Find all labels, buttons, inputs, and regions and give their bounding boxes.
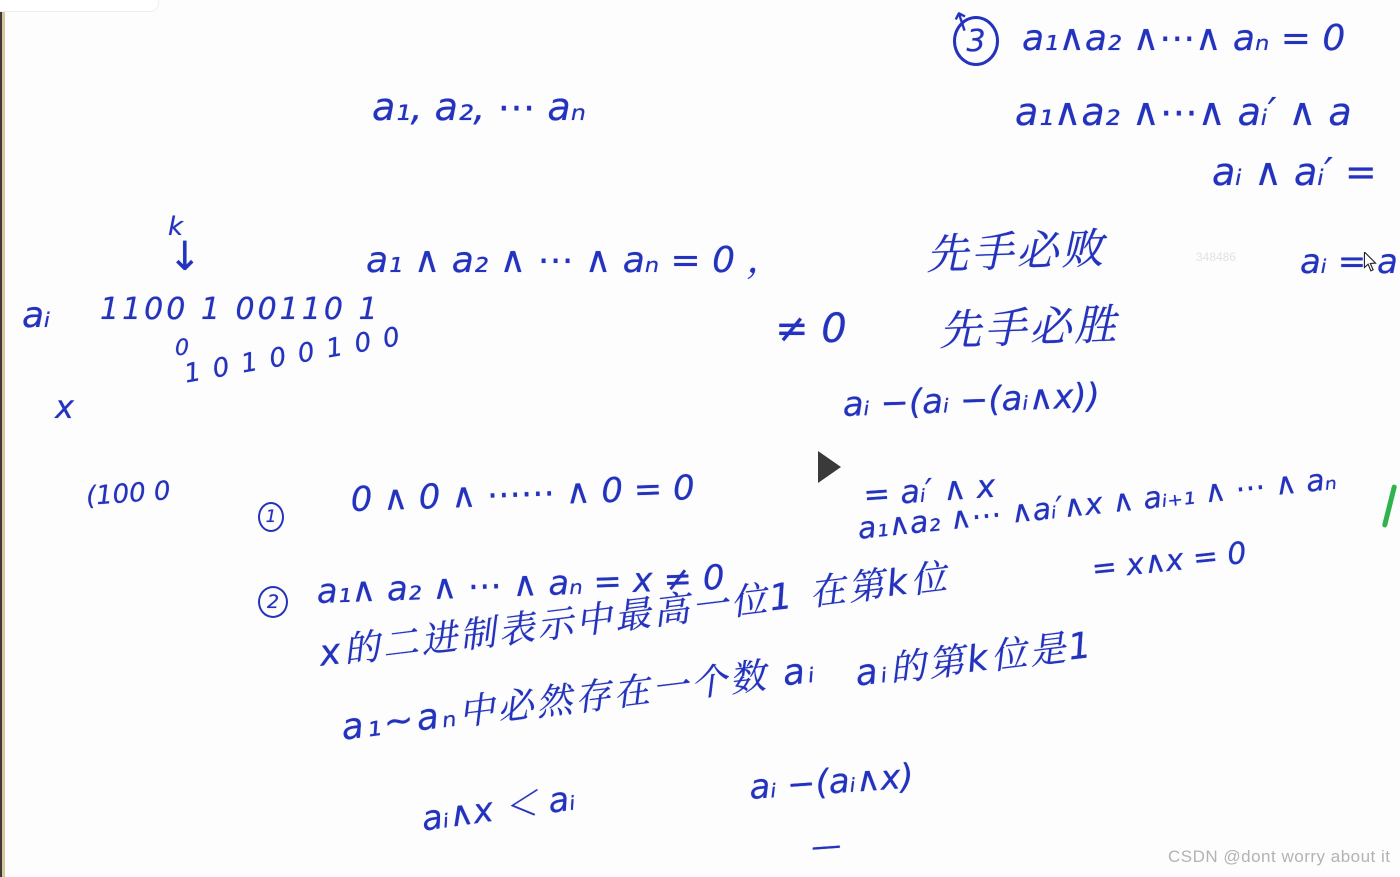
less-than-line: aᵢ∧x ＜ aᵢ bbox=[418, 771, 578, 841]
problem-3-badge: 3 bbox=[953, 16, 999, 66]
kth-bit-line: aᵢ的第k位是1 bbox=[852, 617, 1097, 697]
case-1-line: 0 ∧ 0 ∧ ⋯⋯ ∧ 0 = 0 bbox=[350, 468, 695, 520]
case-1-badge: 1 bbox=[258, 502, 284, 532]
tr-line3: aᵢ ∧ aᵢ′ = bbox=[1212, 150, 1377, 194]
tr-line2: a₁∧a₂ ∧⋯∧ aᵢ′ ∧ a bbox=[1015, 90, 1352, 134]
play-icon bbox=[818, 451, 841, 483]
faint-id-text: 348486 bbox=[1196, 250, 1236, 264]
play-button[interactable] bbox=[818, 451, 844, 485]
problem-3-number: 3 bbox=[966, 24, 985, 59]
ai-label: aᵢ bbox=[22, 295, 51, 336]
case-2-number: 2 bbox=[267, 591, 279, 613]
emphasis-dash: — bbox=[810, 828, 842, 865]
ai-bits-carry: 0 bbox=[175, 336, 189, 361]
edge-expression: aᵢ = a bbox=[1300, 242, 1398, 282]
first-player-loses: 先手必败 bbox=[925, 216, 1107, 282]
green-pen-stroke bbox=[1382, 484, 1397, 528]
tr-line1: a₁∧a₂ ∧⋯∧ aₙ = 0 bbox=[1022, 18, 1345, 59]
mouse-cursor-icon bbox=[1362, 252, 1378, 272]
paren-bits: (100 0 bbox=[85, 476, 171, 512]
top-left-tab bbox=[0, 0, 159, 12]
x-label: x bbox=[55, 388, 74, 426]
move-result-line: aᵢ −(aᵢ∧x) bbox=[748, 757, 915, 808]
x-bits: 1 0 1 0 0 1 0 0 bbox=[182, 322, 404, 390]
xor-neq-zero: ≠ 0 bbox=[775, 306, 847, 352]
whiteboard: ↑ 3 a₁∧a₂ ∧⋯∧ aₙ = 0 a₁∧a₂ ∧⋯∧ aᵢ′ ∧ a a… bbox=[0, 0, 1400, 877]
csdn-watermark: CSDN @dont worry about it bbox=[1168, 847, 1391, 867]
move-expression: aᵢ −(aᵢ −(aᵢ∧x)) bbox=[842, 376, 1101, 425]
first-player-wins: 先手必胜 bbox=[938, 292, 1120, 358]
case-1-number: 1 bbox=[266, 507, 277, 527]
arrow-down-icon: ↓ bbox=[168, 234, 202, 280]
xor-eq-zero: a₁ ∧ a₂ ∧ ⋯ ∧ aₙ = 0 ， bbox=[366, 232, 783, 283]
ai-bits: 1100 1 00110 1 bbox=[100, 292, 381, 327]
case-2-badge: 2 bbox=[258, 586, 288, 618]
sequence-line: a₁, a₂, ⋯ aₙ bbox=[372, 85, 586, 129]
page-edge-tan bbox=[2, 0, 5, 877]
x-xor-x-zero: = x∧x = 0 bbox=[1090, 536, 1248, 587]
